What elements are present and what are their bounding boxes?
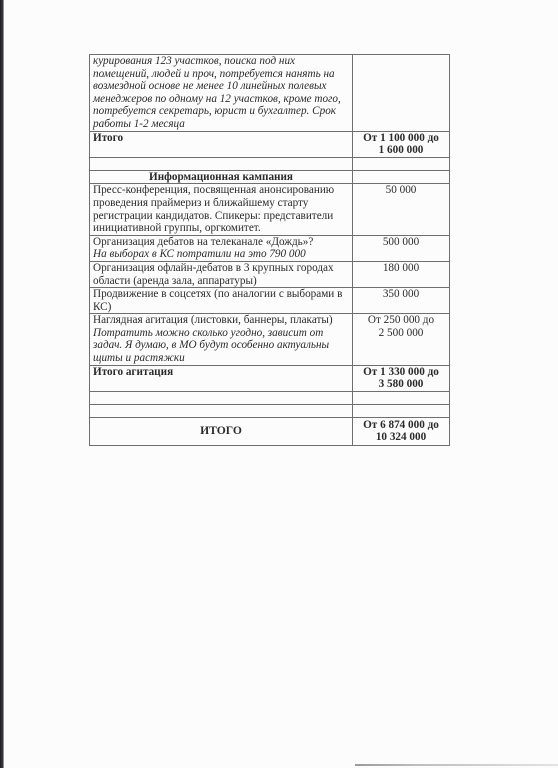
- staff-amount-cell: [353, 55, 450, 132]
- subtotal-label: Итого: [90, 131, 353, 157]
- item-description: Организация дебатов на телеканале «Дождь…: [90, 235, 353, 261]
- blank-cell: [353, 404, 450, 417]
- budget-table: курирования 123 участков, поиска под них…: [89, 54, 450, 446]
- section-header-amount-cell: [353, 170, 450, 184]
- blank-cell: [90, 157, 353, 170]
- item-amount-line1: От 250 000 до: [356, 314, 446, 327]
- item-description: Пресс-конференция, посвященная анонсиров…: [90, 184, 353, 235]
- blank-cell: [90, 404, 353, 417]
- item-note: Потратить можно сколько угодно, зависит …: [93, 327, 349, 365]
- blank-cell: [353, 157, 450, 170]
- item-note: На выборах в КС потратили на это 790 000: [93, 248, 349, 261]
- subtotal-amount: От 1 330 000 до 3 580 000: [353, 365, 450, 391]
- grand-total-amount: От 6 874 000 до 10 324 000: [353, 417, 450, 445]
- table-row-blank: [90, 404, 450, 417]
- table-row-tv-debates: Организация дебатов на телеканале «Дождь…: [90, 235, 450, 261]
- table-row-subtotal-staff: Итого От 1 100 000 до 1 600 000: [90, 131, 450, 157]
- grand-total-label: ИТОГО: [90, 417, 353, 445]
- table-row-press-conference: Пресс-конференция, посвященная анонсиров…: [90, 184, 450, 235]
- table-row-blank: [90, 391, 450, 404]
- item-description: Продвижение в соцсетях (по аналогии с вы…: [90, 288, 353, 314]
- scan-bottom-artifact: [355, 764, 558, 766]
- item-amount: 500 000: [353, 235, 450, 261]
- table-row-section-header: Информационная кампания: [90, 170, 450, 184]
- subtotal-amount-line1: От 1 100 000 до: [356, 132, 446, 145]
- scan-edge-shadow: [0, 0, 4, 768]
- item-text: Организация дебатов на телеканале «Дождь…: [93, 236, 349, 249]
- table-row-offline-debates: Организация офлайн-дебатов в 3 крупных г…: [90, 261, 450, 287]
- item-amount: От 250 000 до 2 500 000: [353, 314, 450, 365]
- item-amount-line2: 2 500 000: [356, 327, 446, 340]
- table-row-subtotal-agitation: Итого агитация От 1 330 000 до 3 580 000: [90, 365, 450, 391]
- item-description: Наглядная агитация (листовки, баннеры, п…: [90, 314, 353, 365]
- table-row-visual-agitation: Наглядная агитация (листовки, баннеры, п…: [90, 314, 450, 365]
- table-row-grand-total: ИТОГО От 6 874 000 до 10 324 000: [90, 417, 450, 445]
- item-amount: 350 000: [353, 288, 450, 314]
- subtotal-amount-line2: 3 580 000: [356, 378, 446, 391]
- table-row-staff-description: курирования 123 участков, поиска под них…: [90, 55, 450, 132]
- subtotal-amount: От 1 100 000 до 1 600 000: [353, 131, 450, 157]
- subtotal-label: Итого агитация: [90, 365, 353, 391]
- item-amount: 180 000: [353, 261, 450, 287]
- grand-total-amount-line1: От 6 874 000 до: [356, 419, 446, 432]
- subtotal-amount-line2: 1 600 000: [356, 144, 446, 157]
- table-row-social-media: Продвижение в соцсетях (по аналогии с вы…: [90, 288, 450, 314]
- item-amount: 50 000: [353, 184, 450, 235]
- grand-total-amount-line2: 10 324 000: [356, 431, 446, 444]
- blank-cell: [90, 391, 353, 404]
- section-header-info-campaign: Информационная кампания: [90, 170, 353, 184]
- table-row-blank: [90, 157, 450, 170]
- blank-cell: [353, 391, 450, 404]
- item-text: Наглядная агитация (листовки, баннеры, п…: [93, 314, 349, 327]
- staff-description-cell: курирования 123 участков, поиска под них…: [90, 55, 353, 132]
- item-description: Организация офлайн-дебатов в 3 крупных г…: [90, 261, 353, 287]
- subtotal-amount-line1: От 1 330 000 до: [356, 366, 446, 379]
